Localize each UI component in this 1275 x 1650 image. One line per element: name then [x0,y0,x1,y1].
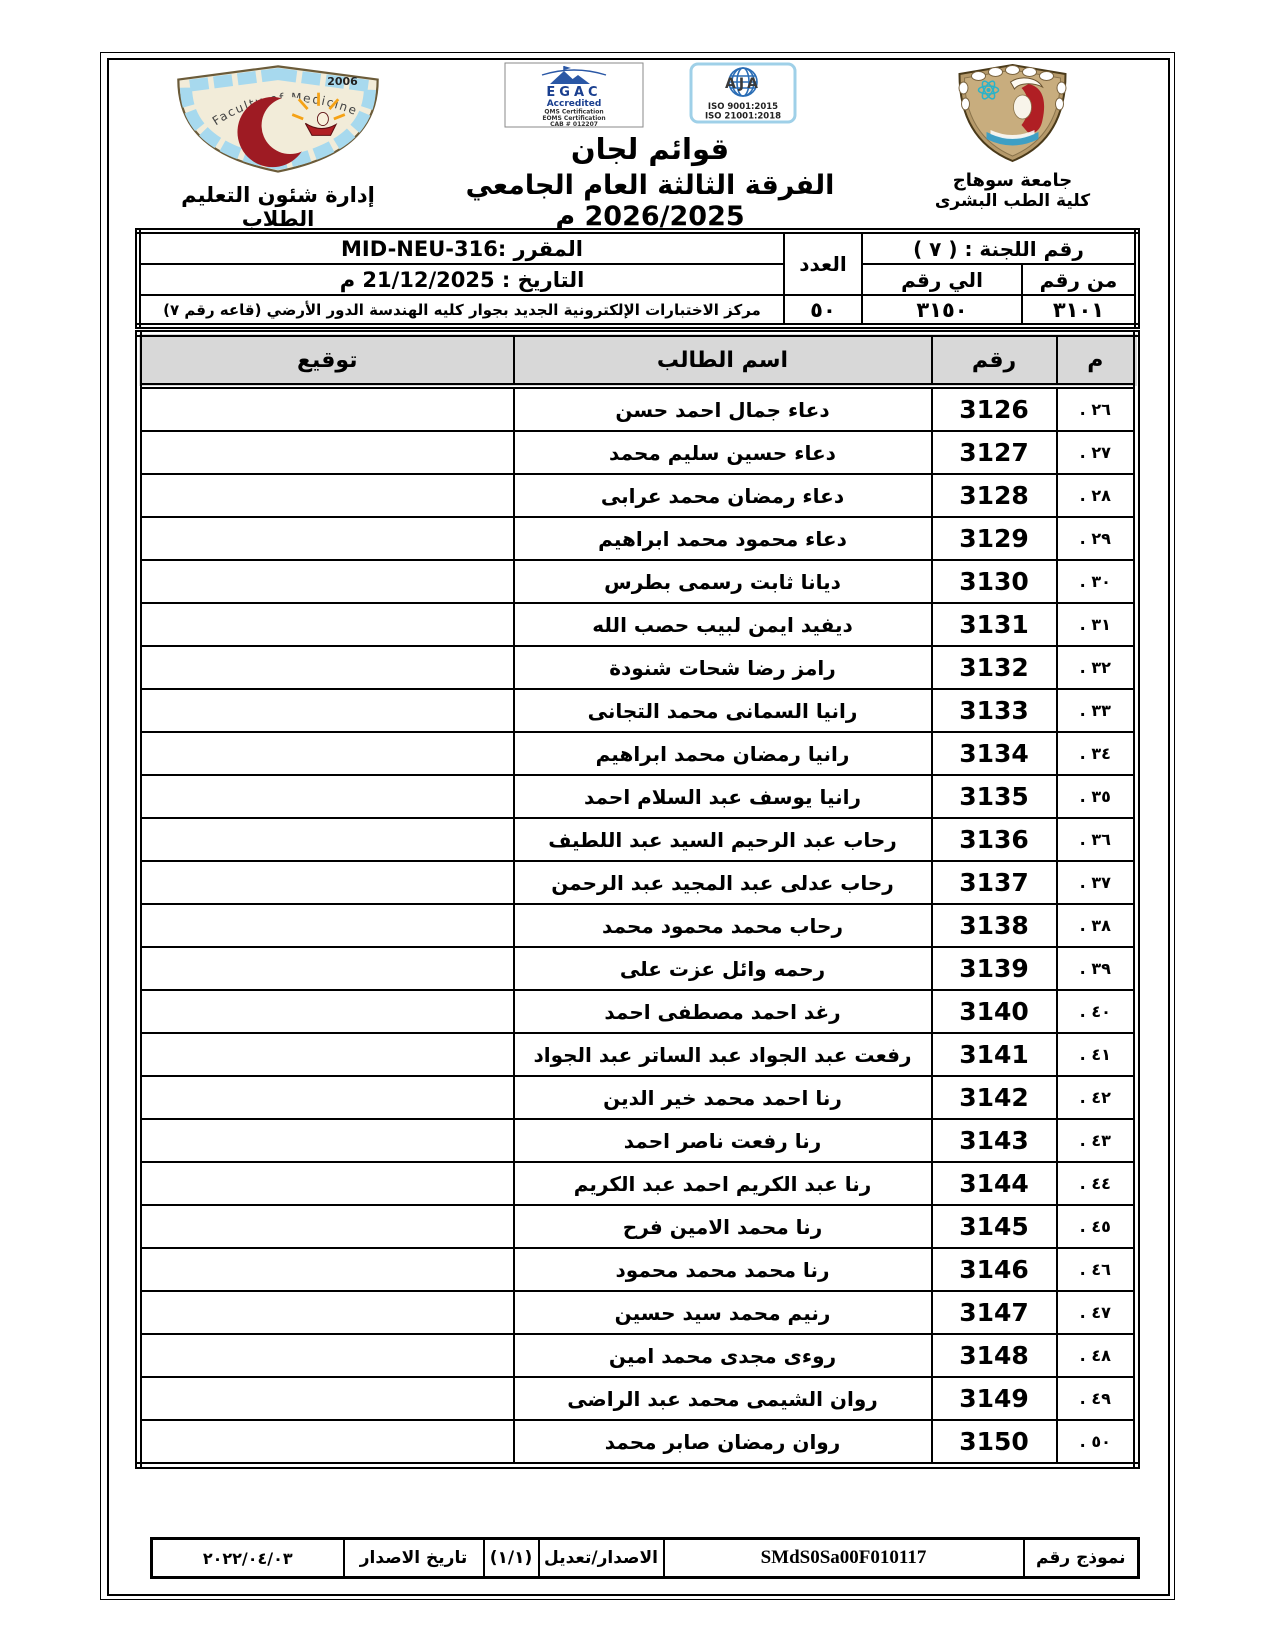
students-tbody: ٢٦ . 3126 دعاء جمال احمد حسن ٢٧ . 3127 د… [139,386,1137,1466]
row-seat-number: 3139 [932,947,1057,990]
col-header-number: رقم [932,334,1057,387]
row-student-name: رحاب عبد الرحيم السيد عبد اللطيف [514,818,932,861]
count-label: العدد [784,231,862,295]
student-row: ٤٠ . 3140 رغد احمد مصطفى احمد [139,990,1137,1033]
student-row: ٣٥ . 3135 رانيا يوسف عبد السلام احمد [139,775,1137,818]
row-signature-cell [139,560,514,603]
student-row: ٣٢ . 3132 رامز رضا شحات شنودة [139,646,1137,689]
student-row: ٢٨ . 3128 دعاء رمضان محمد عرابى [139,474,1137,517]
row-student-name: ديفيد ايمن لبيب حصب الله [514,603,932,646]
exam-info-table: رقم اللجنة : ( ٧ ) العدد المقرر :MID-NEU… [135,228,1140,329]
row-student-name: رنيم محمد سيد حسين [514,1291,932,1334]
row-index: ٤٧ . [1057,1291,1137,1334]
egac-accreditation-logo: EGAC Accredited QMS Certification EOMS C… [504,62,644,128]
row-seat-number: 3126 [932,386,1057,431]
row-seat-number: 3141 [932,1033,1057,1076]
row-student-name: رنا رفعت ناصر احمد [514,1119,932,1162]
student-row: ٤٧ . 3147 رنيم محمد سيد حسين [139,1291,1137,1334]
row-student-name: دعاء جمال احمد حسن [514,386,932,431]
row-seat-number: 3143 [932,1119,1057,1162]
row-signature-cell [139,1420,514,1466]
row-student-name: دعاء محمود محمد ابراهيم [514,517,932,560]
row-signature-cell [139,517,514,560]
row-signature-cell [139,947,514,990]
col-header-name: اسم الطالب [514,334,932,387]
student-row: ٤٦ . 3146 رنا محمد محمد محمود [139,1248,1137,1291]
row-seat-number: 3150 [932,1420,1057,1466]
form-footer-table: نموذج رقم SMdS0Sa00F010117 الاصدار/تعديل… [150,1537,1140,1579]
row-signature-cell [139,603,514,646]
row-signature-cell [139,386,514,431]
row-student-name: رنا محمد محمد محمود [514,1248,932,1291]
egac-name: EGAC [546,85,601,100]
row-student-name: روءى مجدى محمد امين [514,1334,932,1377]
row-index: ٣٥ . [1057,775,1137,818]
row-index: ٤٣ . [1057,1119,1137,1162]
row-index: ٤٨ . [1057,1334,1137,1377]
row-seat-number: 3133 [932,689,1057,732]
exam-location: مركز الاختبارات الإلكترونية الجديد بجوار… [138,295,784,326]
student-row: ٣٧ . 3137 رحاب عدلى عبد المجيد عبد الرحم… [139,861,1137,904]
students-table: م رقم اسم الطالب توقيع ٢٦ . 3126 دعاء جم… [135,330,1140,1469]
document-subtitle: الفرقة الثالثة العام الجامعي 2026/2025 م [425,170,875,232]
egac-cert-line3: CAB # 012207 [550,121,598,128]
row-seat-number: 3136 [932,818,1057,861]
row-student-name: رنا احمد محمد خير الدين [514,1076,932,1119]
row-signature-cell [139,431,514,474]
row-index: ٢٨ . [1057,474,1137,517]
student-row: ٣٨ . 3138 رحاب محمد محمود محمد [139,904,1137,947]
student-row: ٤٨ . 3148 روءى مجدى محمد امين [139,1334,1137,1377]
row-index: ٣١ . [1057,603,1137,646]
row-index: ٣٤ . [1057,732,1137,775]
count-value: ٥٠ [784,295,862,326]
faculty-of-medicine-logo: 2006 Faculty of Medicine [158,62,398,177]
egac-accredited: Accredited [546,99,601,109]
student-row: ٤٢ . 3142 رنا احمد محمد خير الدين [139,1076,1137,1119]
row-signature-cell [139,1334,514,1377]
student-row: ٣١ . 3131 ديفيد ايمن لبيب حصب الله [139,603,1137,646]
issue-date-label: تاريخ الاصدار [344,1539,484,1578]
aja-iso-line2: ISO 21001:2018 [704,112,780,122]
aja-iso-line1: ISO 9001:2015 [707,102,777,112]
committee-number: رقم اللجنة : ( ٧ ) [862,231,1137,264]
row-index: ٣٧ . [1057,861,1137,904]
row-index: ٤٥ . [1057,1205,1137,1248]
row-index: ٤٤ . [1057,1162,1137,1205]
row-student-name: دعاء حسين سليم محمد [514,431,932,474]
row-index: ٥٠ . [1057,1420,1137,1466]
student-row: ٣٠ . 3130 ديانا ثابت رسمى بطرس [139,560,1137,603]
issue-date-value: ٢٠٢٢/٠٤/٠٣ [152,1539,344,1578]
student-row: ٤٩ . 3149 روان الشيمى محمد عبد الراضى [139,1377,1137,1420]
row-seat-number: 3145 [932,1205,1057,1248]
row-index: ٣٩ . [1057,947,1137,990]
student-row: ٤٤ . 3144 رنا عبد الكريم احمد عبد الكريم [139,1162,1137,1205]
row-student-name: رحمه وائل عزت على [514,947,932,990]
row-signature-cell [139,646,514,689]
exam-date: التاريخ : 21/12/2025 م [138,264,784,295]
row-student-name: رامز رضا شحات شنودة [514,646,932,689]
row-seat-number: 3135 [932,775,1057,818]
row-index: ٣٦ . [1057,818,1137,861]
sohag-university-logo [949,62,1077,164]
row-student-name: ديانا ثابت رسمى بطرس [514,560,932,603]
row-signature-cell [139,1162,514,1205]
student-row: ٤٥ . 3145 رنا محمد الامين فرح [139,1205,1137,1248]
row-student-name: رانيا يوسف عبد السلام احمد [514,775,932,818]
row-seat-number: 3148 [932,1334,1057,1377]
row-signature-cell [139,818,514,861]
row-seat-number: 3140 [932,990,1057,1033]
aja-name: AJA [725,76,761,92]
row-signature-cell [139,904,514,947]
row-seat-number: 3130 [932,560,1057,603]
student-row: ٥٠ . 3150 روان رمضان صابر محمد [139,1420,1137,1466]
student-row: ٢٦ . 3126 دعاء جمال احمد حسن [139,386,1137,431]
row-index: ٤٦ . [1057,1248,1137,1291]
row-student-name: رفعت عبد الجواد عبد الساتر عبد الجواد [514,1033,932,1076]
from-number-label: من رقم [1022,264,1137,295]
row-signature-cell [139,775,514,818]
row-seat-number: 3147 [932,1291,1057,1334]
form-number-value: SMdS0Sa00F010117 [664,1539,1024,1578]
department-name: إدارة شئون التعليم الطلاب [148,183,408,231]
row-student-name: روان رمضان صابر محمد [514,1420,932,1466]
issue-edit-value: (١/١) [484,1539,539,1578]
issue-edit-label: الاصدار/تعديل [539,1539,664,1578]
row-signature-cell [139,1205,514,1248]
students-header-row: م رقم اسم الطالب توقيع [139,334,1137,387]
document-title: قوائم لجان [425,134,875,166]
row-index: ٣٢ . [1057,646,1137,689]
row-index: ٢٦ . [1057,386,1137,431]
row-index: ٢٧ . [1057,431,1137,474]
row-seat-number: 3146 [932,1248,1057,1291]
row-signature-cell [139,1076,514,1119]
student-row: ٣٩ . 3139 رحمه وائل عزت على [139,947,1137,990]
university-block: جامعة سوهاج كلية الطب البشرى [930,62,1095,211]
student-row: ٣٤ . 3134 رانيا رمضان محمد ابراهيم [139,732,1137,775]
row-student-name: رانيا رمضان محمد ابراهيم [514,732,932,775]
from-number-value: ٣١٠١ [1022,295,1137,326]
row-student-name: روان الشيمى محمد عبد الراضى [514,1377,932,1420]
accreditation-logos: EGAC Accredited QMS Certification EOMS C… [425,62,875,130]
row-signature-cell [139,1119,514,1162]
to-number-value: ٣١٥٠ [862,295,1022,326]
faculty-name: كلية الطب البشرى [930,191,1095,211]
row-seat-number: 3127 [932,431,1057,474]
row-signature-cell [139,1033,514,1076]
row-student-name: رحاب محمد محمود محمد [514,904,932,947]
form-number-label: نموذج رقم [1024,1539,1139,1578]
aja-iso-logo: AJA ISO 9001:2015 ISO 21001:2018 [689,62,797,124]
exam-committee-sheet: جامعة سوهاج كلية الطب البشرى EGAC Accred… [0,0,1275,1650]
row-signature-cell [139,689,514,732]
row-seat-number: 3132 [932,646,1057,689]
row-signature-cell [139,474,514,517]
row-signature-cell [139,1377,514,1420]
student-row: ٣٦ . 3136 رحاب عبد الرحيم السيد عبد اللط… [139,818,1137,861]
row-signature-cell [139,732,514,775]
course-code: المقرر :MID-NEU-316 [138,231,784,264]
med-logo-year: 2006 [327,75,358,88]
row-signature-cell [139,990,514,1033]
row-seat-number: 3142 [932,1076,1057,1119]
faculty-block: 2006 Faculty of Medicine إدارة شئون التع… [148,62,408,231]
row-student-name: رنا محمد الامين فرح [514,1205,932,1248]
row-seat-number: 3137 [932,861,1057,904]
row-student-name: رحاب عدلى عبد المجيد عبد الرحمن [514,861,932,904]
student-row: ٣٣ . 3133 رانيا السمانى محمد التجانى [139,689,1137,732]
row-seat-number: 3138 [932,904,1057,947]
row-student-name: رنا عبد الكريم احمد عبد الكريم [514,1162,932,1205]
row-seat-number: 3144 [932,1162,1057,1205]
row-seat-number: 3134 [932,732,1057,775]
row-seat-number: 3131 [932,603,1057,646]
row-seat-number: 3128 [932,474,1057,517]
student-row: ٢٩ . 3129 دعاء محمود محمد ابراهيم [139,517,1137,560]
row-index: ٣٨ . [1057,904,1137,947]
col-header-index: م [1057,334,1137,387]
row-student-name: رغد احمد مصطفى احمد [514,990,932,1033]
row-signature-cell [139,861,514,904]
row-index: ٢٩ . [1057,517,1137,560]
university-name: جامعة سوهاج [930,170,1095,191]
row-index: ٤١ . [1057,1033,1137,1076]
row-index: ٣٣ . [1057,689,1137,732]
student-row: ٢٧ . 3127 دعاء حسين سليم محمد [139,431,1137,474]
row-signature-cell [139,1248,514,1291]
row-student-name: دعاء رمضان محمد عرابى [514,474,932,517]
row-index: ٤٠ . [1057,990,1137,1033]
row-index: ٣٠ . [1057,560,1137,603]
row-seat-number: 3129 [932,517,1057,560]
row-signature-cell [139,1291,514,1334]
to-number-label: الي رقم [862,264,1022,295]
row-seat-number: 3149 [932,1377,1057,1420]
row-student-name: رانيا السمانى محمد التجانى [514,689,932,732]
student-row: ٤٣ . 3143 رنا رفعت ناصر احمد [139,1119,1137,1162]
title-block: EGAC Accredited QMS Certification EOMS C… [425,62,875,232]
col-header-signature: توقيع [139,334,514,387]
row-index: ٤٩ . [1057,1377,1137,1420]
row-index: ٤٢ . [1057,1076,1137,1119]
student-row: ٤١ . 3141 رفعت عبد الجواد عبد الساتر عبد… [139,1033,1137,1076]
